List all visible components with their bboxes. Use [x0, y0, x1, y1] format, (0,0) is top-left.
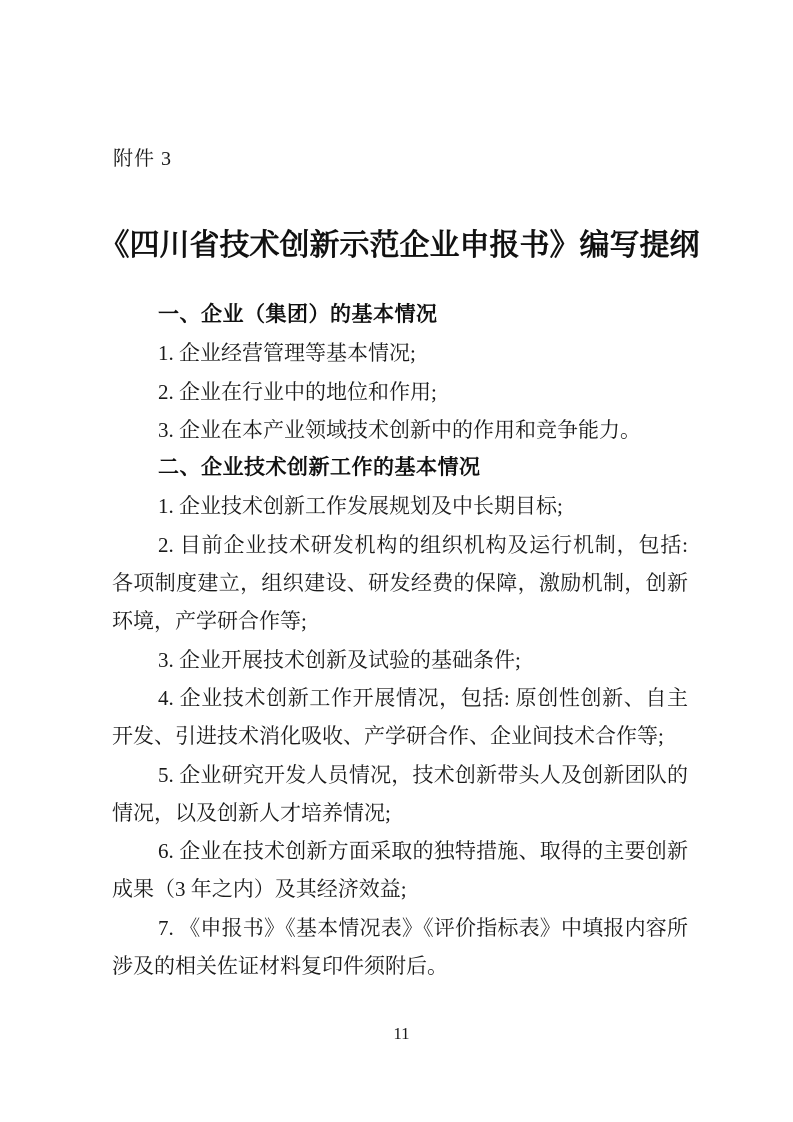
section-2-heading: 二、企业技术创新工作的基本情况 — [112, 449, 688, 487]
section-2-item-1: 1. 企业技术创新工作发展规划及中长期目标; — [112, 487, 688, 525]
section-2-item-7: 7. 《申报书》《基本情况表》《评价指标表》中填报内容所涉及的相关佐证材料复印件… — [112, 909, 688, 986]
document-body: 一、企业（集团）的基本情况 1. 企业经营管理等基本情况; 2. 企业在行业中的… — [112, 296, 688, 985]
section-1-item-3: 3. 企业在本产业领域技术创新中的作用和竞争能力。 — [112, 411, 688, 449]
attachment-label: 附件 3 — [113, 146, 172, 172]
section-2-item-4: 4. 企业技术创新工作开展情况，包括: 原创性创新、自主开发、引进技术消化吸收、… — [112, 679, 688, 756]
document-page: 附件 3 《四川省技术创新示范企业申报书》编写提纲 一、企业（集团）的基本情况 … — [0, 0, 793, 1122]
section-1-heading: 一、企业（集团）的基本情况 — [112, 296, 688, 334]
section-2-item-6: 6. 企业在技术创新方面采取的独特措施、取得的主要创新成果（3 年之内）及其经济… — [112, 832, 688, 909]
section-1-item-2: 2. 企业在行业中的地位和作用; — [112, 373, 688, 411]
page-number: 11 — [0, 1024, 793, 1044]
section-2-item-3: 3. 企业开展技术创新及试验的基础条件; — [112, 641, 688, 679]
document-title: 《四川省技术创新示范企业申报书》编写提纲 — [0, 226, 793, 266]
section-1-item-1: 1. 企业经营管理等基本情况; — [112, 334, 688, 372]
section-2-item-5: 5. 企业研究开发人员情况，技术创新带头人及创新团队的情况，以及创新人才培养情况… — [112, 756, 688, 833]
section-2-item-2: 2. 目前企业技术研发机构的组织机构及运行机制，包括:各项制度建立，组织建设、研… — [112, 526, 688, 641]
